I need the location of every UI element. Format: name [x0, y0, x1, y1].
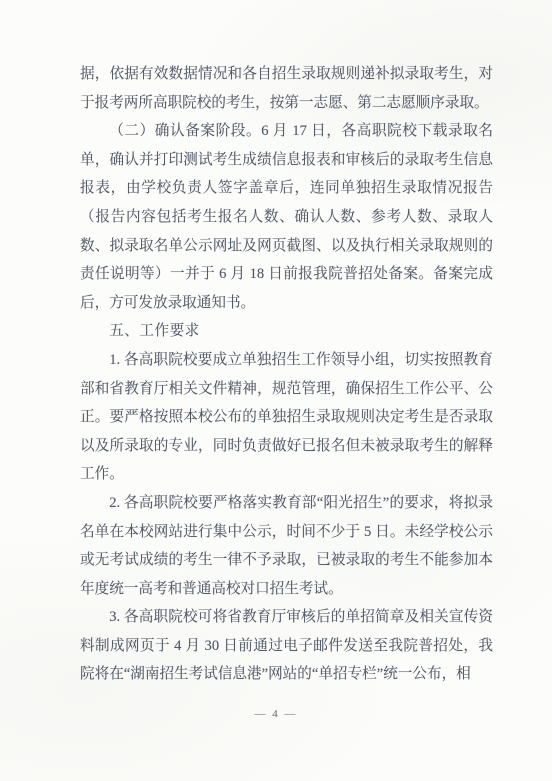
paragraph-confirmation-stage: （二）确认备案阶段。6 月 17 日，各高职院校下载录取名单，确认并打印测试考生… — [80, 117, 493, 317]
page-number: — 4 — — [0, 708, 552, 720]
section-heading-work-requirements: 五、工作要求 — [80, 317, 493, 346]
paragraph-item-1: 1. 各高职院校要成立单独招生工作领导小组，切实按照教育部和省教育厅相关文件精神… — [80, 346, 493, 489]
document-body: 据，依据有效数据情况和各自招生录取规则递补拟录取考生，对于报考两所高职院校的考生… — [80, 60, 493, 689]
paragraph-item-2: 2. 各高职院校要严格落实教育部“阳光招生”的要求，将拟录名单在本校网站进行集中… — [80, 489, 493, 603]
document-page: 据，依据有效数据情况和各自招生录取规则递补拟录取考生，对于报考两所高职院校的考生… — [0, 0, 552, 781]
paragraph-continuation: 据，依据有效数据情况和各自招生录取规则递补拟录取考生，对于报考两所高职院校的考生… — [80, 60, 493, 117]
paragraph-item-3: 3. 各高职院校可将省教育厅审核后的单招简章及相关宣传资料制成网页于 4 月 3… — [80, 603, 493, 689]
